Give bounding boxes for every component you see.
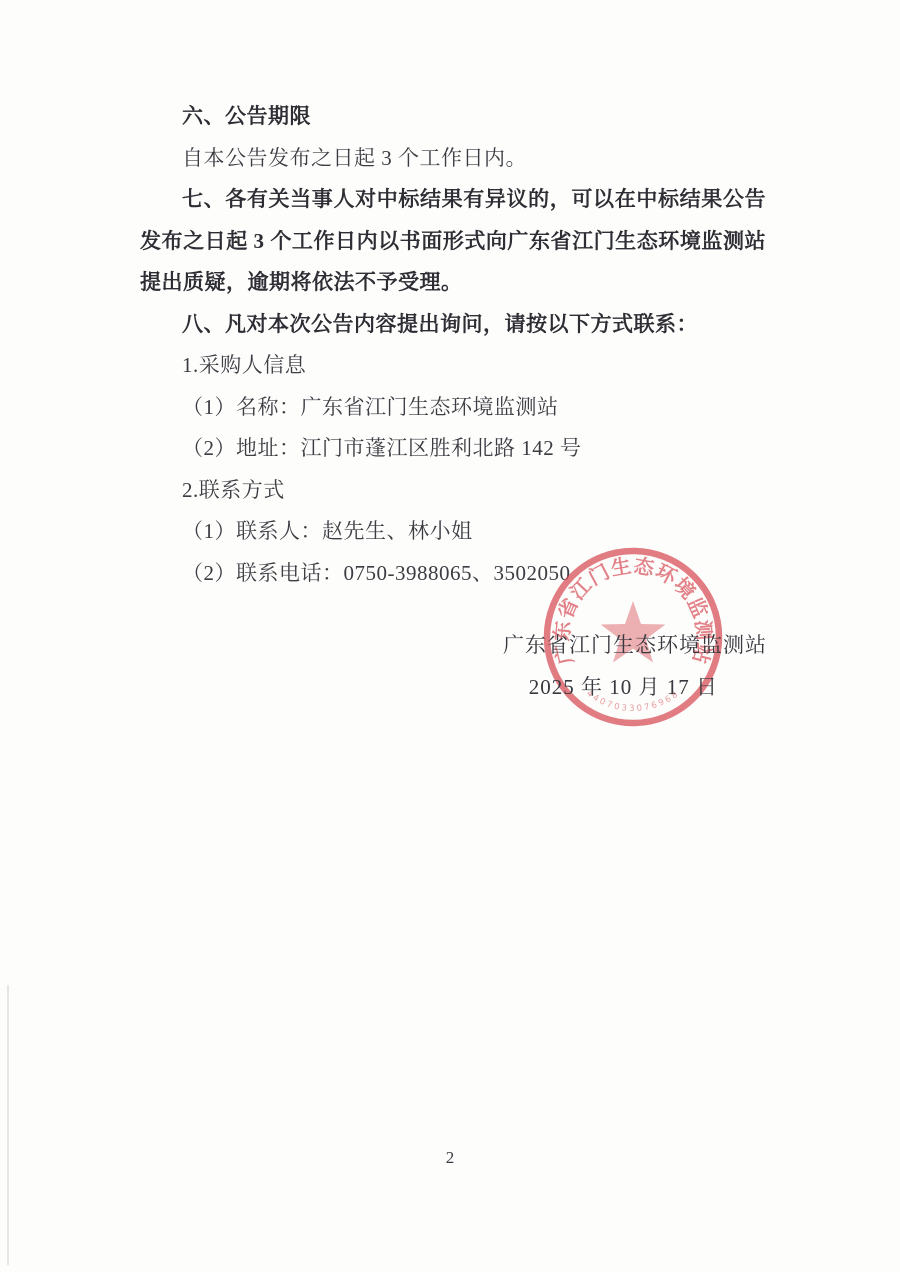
scan-edge-artifact: [7, 985, 9, 1265]
purchaser-name-line: （1）名称：广东省江门生态环境监测站: [140, 387, 766, 429]
page-number: 2: [0, 1148, 900, 1168]
section-heading-six: 六、公告期限: [140, 96, 766, 138]
purchaser-info-heading: 1.采购人信息: [140, 345, 766, 387]
section-eight-text: 八、凡对本次公告内容提出询问，请按以下方式联系：: [140, 304, 766, 346]
section-six-text: 自本公告发布之日起 3 个工作日内。: [140, 138, 766, 180]
document-body: 六、公告期限 自本公告发布之日起 3 个工作日内。 七、各有关当事人对中标结果有…: [140, 96, 766, 594]
signature-organization: 广东省江门生态环境监测站: [503, 631, 767, 659]
signature-block: 广东省江门生态环境监测站 2025 年 10 月 17 日: [503, 631, 767, 701]
scanned-document-page: 六、公告期限 自本公告发布之日起 3 个工作日内。 七、各有关当事人对中标结果有…: [0, 0, 900, 1272]
purchaser-address-line: （2）地址：江门市蓬江区胜利北路 142 号: [140, 428, 766, 470]
contact-method-heading: 2.联系方式: [140, 470, 766, 512]
section-seven-text: 七、各有关当事人对中标结果有异议的，可以在中标结果公告发布之日起 3 个工作日内…: [140, 179, 766, 304]
signature-date: 2025 年 10 月 17 日: [503, 673, 718, 701]
